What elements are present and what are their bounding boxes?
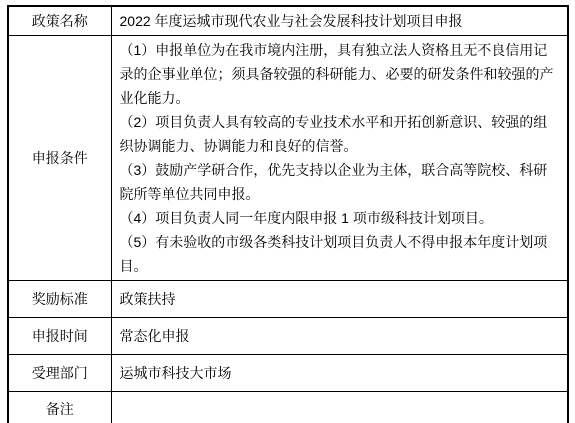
apply-time-value: 常态化申报 (111, 318, 568, 355)
condition-item-1: （1）申报单位为在我市境内注册，具有独立法人资格且无不良信用记录的企事业单位；须… (120, 38, 560, 110)
conditions-value: （1）申报单位为在我市境内注册，具有独立法人资格且无不良信用记录的企事业单位；须… (111, 36, 568, 281)
remarks-value (111, 392, 568, 423)
document-page: 政策名称 2022 年度运城市现代农业与社会发展科技计划项目申报 申报条件 （1… (0, 0, 575, 423)
table-row-reward: 奖励标准 政策扶持 (8, 281, 568, 318)
table-row-department: 受理部门 运城市科技大市场 (8, 355, 568, 392)
policy-name-value: 2022 年度运城市现代农业与社会发展科技计划项目申报 (111, 6, 568, 36)
table-row-policy-name: 政策名称 2022 年度运城市现代农业与社会发展科技计划项目申报 (8, 6, 568, 36)
remarks-label: 备注 (8, 392, 111, 423)
condition-item-4: （4）项目负责人同一年度内限申报 1 项市级科技计划项目。 (120, 206, 560, 230)
policy-name-label: 政策名称 (8, 6, 111, 36)
department-label: 受理部门 (8, 355, 111, 392)
condition-item-2: （2）项目负责人具有较高的专业技术水平和开拓创新意识、较强的组织协调能力、协调能… (120, 110, 560, 158)
department-value: 运城市科技大市场 (111, 355, 568, 392)
policy-info-table: 政策名称 2022 年度运城市现代农业与社会发展科技计划项目申报 申报条件 （1… (7, 5, 569, 423)
reward-label: 奖励标准 (8, 281, 111, 318)
table-row-conditions: 申报条件 （1）申报单位为在我市境内注册，具有独立法人资格且无不良信用记录的企事… (8, 36, 568, 281)
reward-value: 政策扶持 (111, 281, 568, 318)
condition-item-3: （3）鼓励产学研合作，优先支持以企业为主体，联合高等院校、科研院所等单位共同申报… (120, 158, 560, 206)
table-row-remarks: 备注 (8, 392, 568, 423)
apply-time-label: 申报时间 (8, 318, 111, 355)
table-row-apply-time: 申报时间 常态化申报 (8, 318, 568, 355)
conditions-label: 申报条件 (8, 36, 111, 281)
condition-item-5: （5）有未验收的市级各类科技计划项目负责人不得申报本年度计划项目。 (120, 230, 560, 278)
